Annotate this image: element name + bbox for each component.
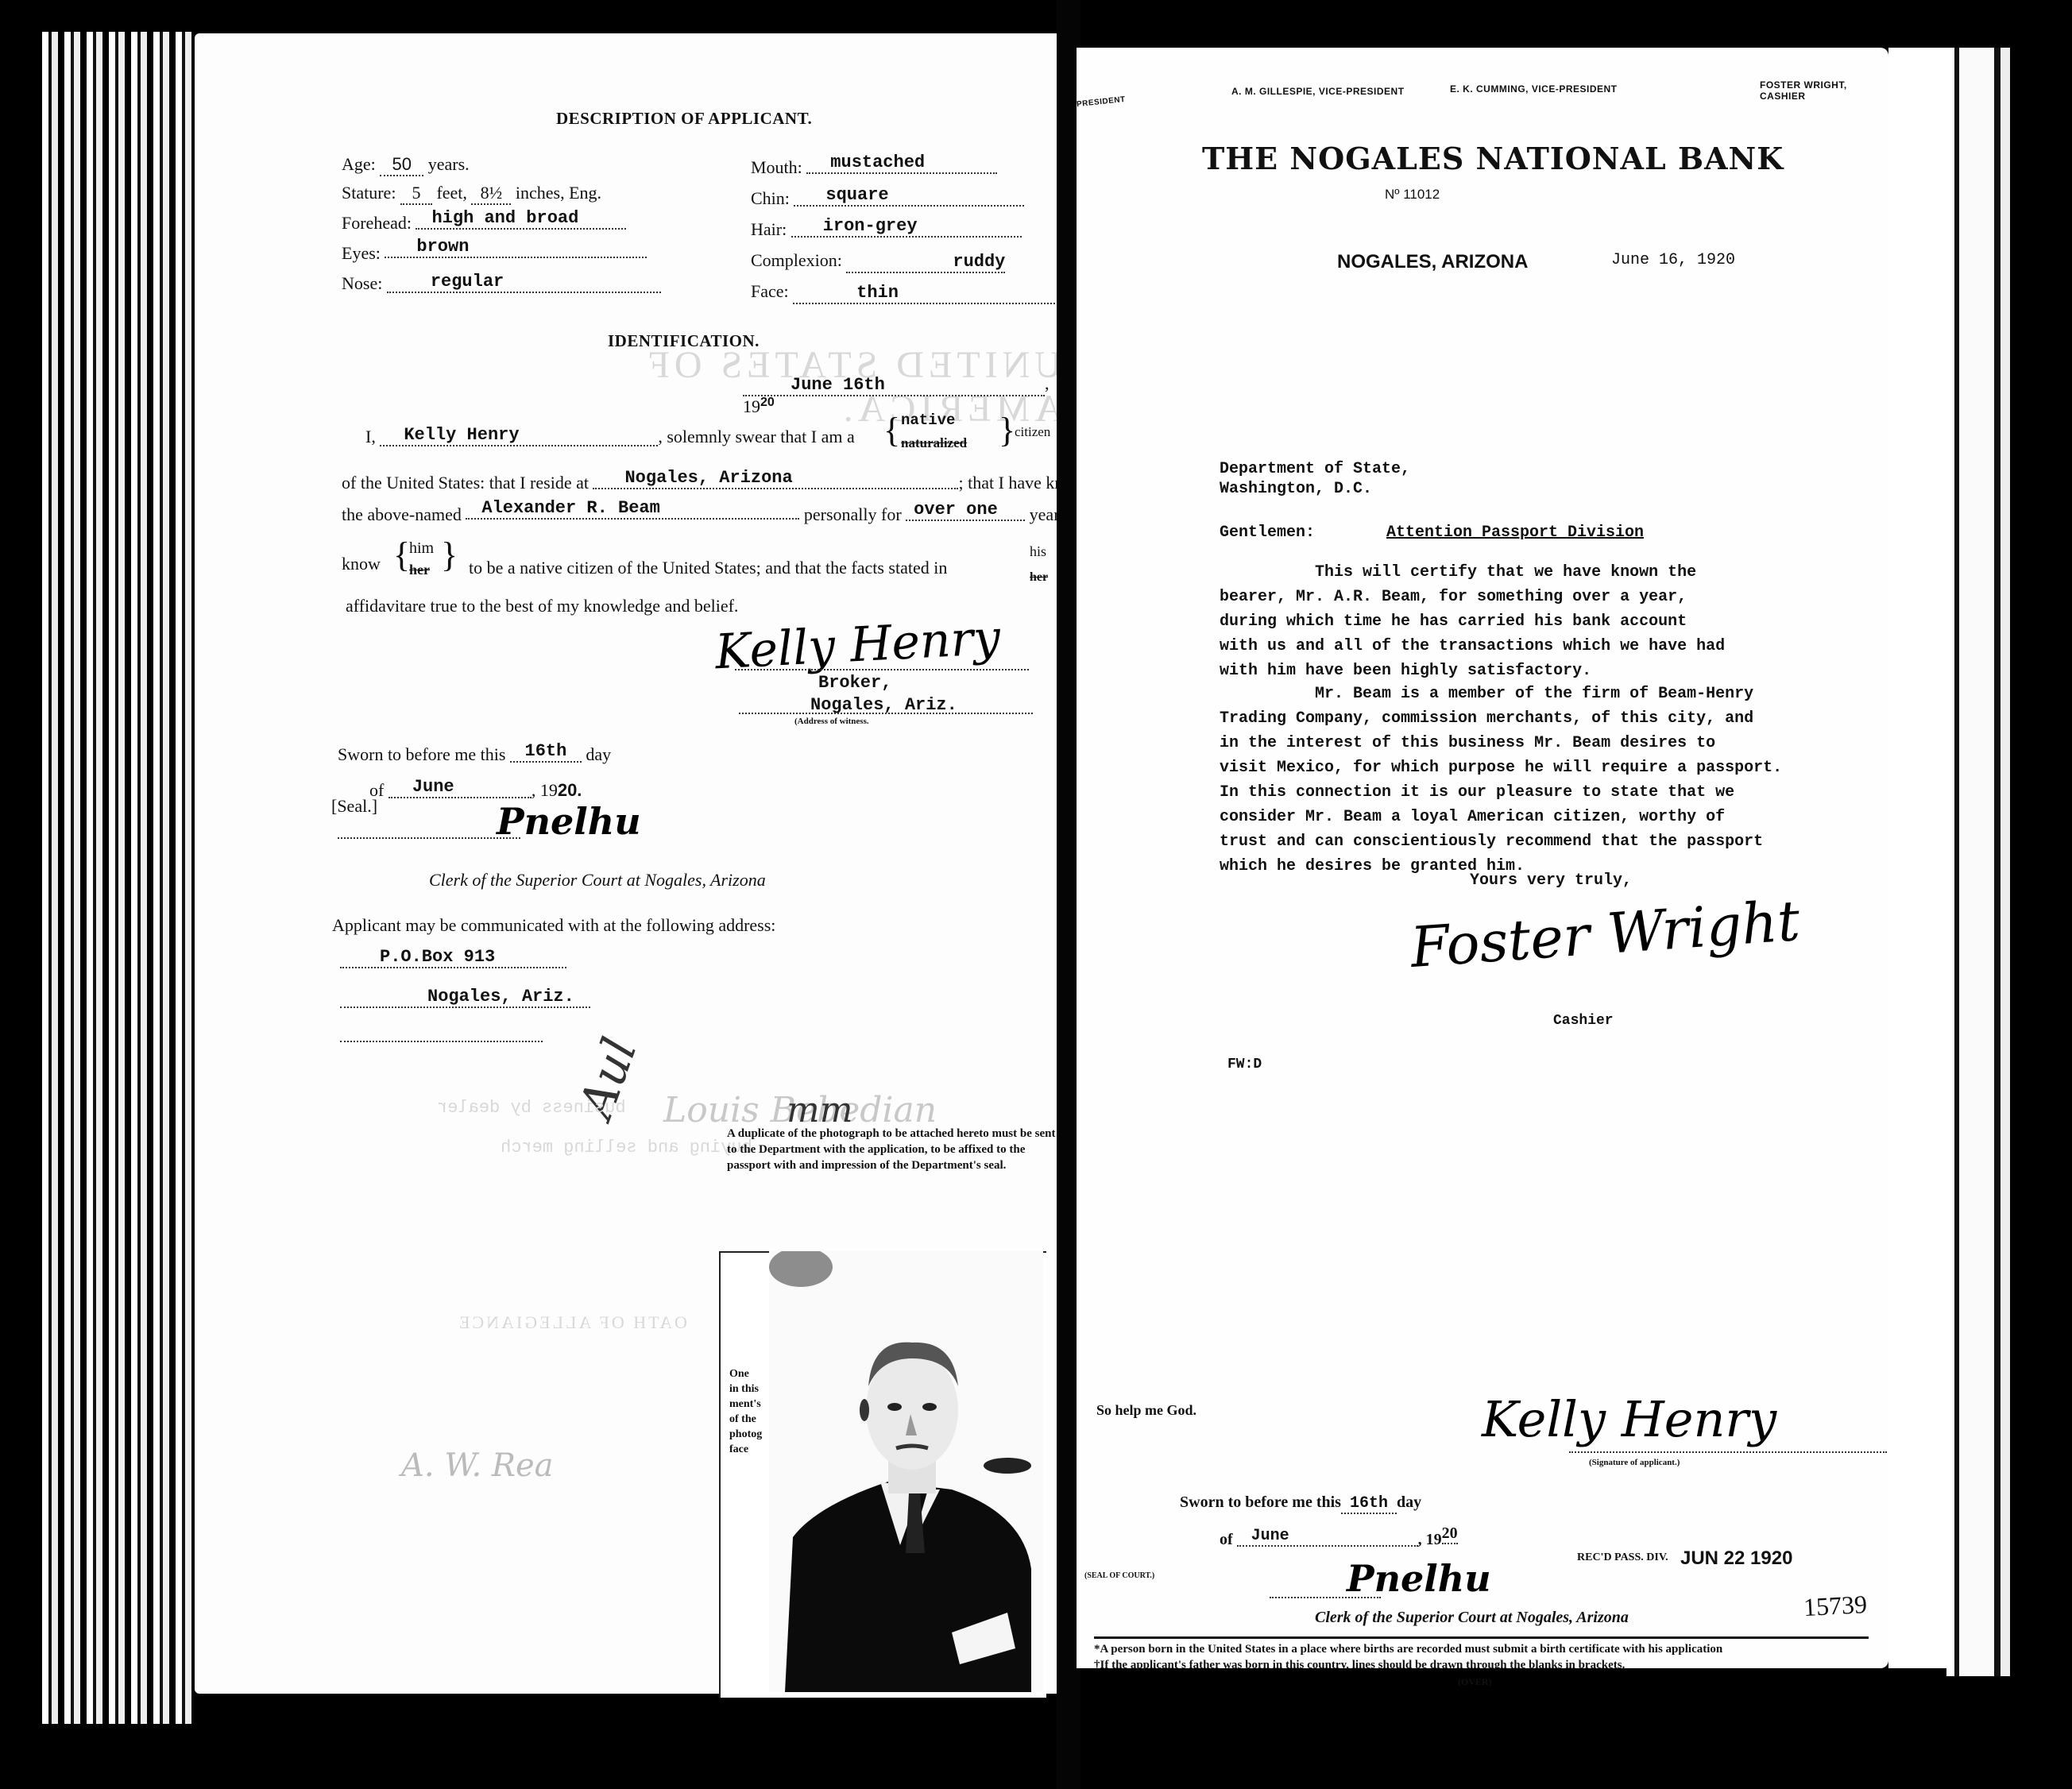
paragraph-line: Mr. Beam is a member of the firm of Beam… [1220,682,1782,706]
sworn-day-field[interactable]: 16th [510,741,582,763]
applicant-signature: Kelly Henry [1482,1390,1776,1448]
him-option[interactable]: him [409,539,434,558]
book-edge-right [1946,48,2026,1676]
age-suffix: years. [428,154,470,174]
nose-label: Nose: [342,273,382,293]
photo-side-line: face [729,1442,762,1457]
stature-inches-field[interactable]: 8½ [471,183,511,205]
witness-address-line [739,713,1033,714]
know-text: know [342,554,381,574]
sworn-text-right: Sworn to before me this [1180,1493,1341,1511]
sworn-row-left: Sworn to before me this 16th day [338,744,611,767]
paragraph-line: bearer, Mr. A.R. Beam, for something ove… [1220,585,1725,609]
address-line-2[interactable]: Nogales, Ariz. [340,987,590,1008]
forehead-label: Forehead: [342,213,412,233]
address-intro: Applicant may be communicated with at th… [332,915,775,936]
witness-signature-line [735,669,1029,670]
charter-number: Nº 11012 [1385,187,1440,203]
her-option-2[interactable]: her [1030,570,1048,585]
paragraph-line: in the interest of this business Mr. Bea… [1220,731,1782,755]
paragraph-line: Trading Company, commission merchants, o… [1220,706,1782,731]
paragraph-line: with us and all of the transactions whic… [1220,634,1725,659]
his-option[interactable]: his [1030,543,1046,560]
clerk-signature-left: Pnelhu [497,800,641,843]
eyes-row: Eyes: brown [342,243,647,266]
face-label: Face: [751,281,789,301]
face-field[interactable]: thin [793,283,1055,304]
sworn-month-field-right[interactable]: June [1237,1527,1418,1547]
received-stamp-date: JUN 22 1920 [1680,1548,1792,1570]
nose-field[interactable]: regular [387,272,661,293]
sworn-month-field[interactable]: June [388,777,532,798]
attention-line: Attention Passport Division [1386,520,1644,545]
ghost-typed-business: business by dealer [437,1098,626,1118]
recipient-line-2: Washington, D.C. [1220,477,1372,501]
footnote-1: *A person born in the United States in a… [1094,1643,1722,1656]
ghost-mirror-oath: OATH OF ALLEGIANCE [457,1312,687,1333]
letter-closing: Yours very truly, [1470,868,1632,893]
age-field[interactable]: 50 [380,154,423,176]
native-option[interactable]: native [901,412,955,429]
sworn-text: Sworn to before me this [338,744,505,764]
footnote-divider [1094,1636,1869,1639]
forehead-row: Forehead: high and broad [342,213,626,236]
citizen-label: citizen [1015,424,1050,440]
sworn-year-prefix: 19 [540,780,558,800]
sworn-day-label-right: day [1397,1493,1421,1511]
identification-date-field[interactable]: June 16th [743,375,1045,396]
reside-field[interactable]: Nogales, Arizona [593,468,958,489]
sworn-month-row-right: of June, 1920 [1220,1531,1458,1551]
hair-label: Hair: [751,219,787,239]
complexion-row: Complexion: ruddy [751,250,1005,273]
identification-year-prefix: 19 [743,396,760,416]
complexion-field[interactable]: ruddy [846,252,1005,273]
witness-occupation: Broker, [818,673,891,693]
stature-inches-label: inches, Eng. [516,183,601,203]
applicant-signature-caption: (Signature of applicant.) [1589,1458,1680,1467]
description-heading: DESCRIPTION OF APPLICANT. [556,109,812,129]
identification-heading: IDENTIFICATION. [608,331,760,351]
letter-date: June 16, 1920 [1611,251,1735,269]
ghost-typed-buying: buying and selling merch [501,1138,752,1157]
sworn-year-field[interactable]: 20. [558,780,582,800]
paragraph-line: In this connection it is our pleasure to… [1220,780,1782,805]
mouth-row: Mouth: mustached [751,157,997,180]
years-known-field[interactable]: over one [906,500,1025,521]
age-row: Age: 50 years. [342,154,470,176]
paragraph-line: consider Mr. Beam a loyal American citiz… [1220,805,1782,829]
letter-paragraph-1: This will certify that we have known the… [1220,560,1725,683]
of-label-right: of [1220,1531,1233,1548]
photo-side-line: photog [729,1427,762,1442]
chin-field[interactable]: square [794,185,1024,207]
photo-side-text: One in this ment's of the photog face [729,1366,762,1457]
ghost-scribble-3: mm [787,1090,852,1130]
applicant-name-field[interactable]: Alexander R. Beam [466,498,799,520]
her-option[interactable]: her [409,562,430,578]
stature-feet-field[interactable]: 5 [400,183,432,205]
chin-row: Chin: square [751,188,1024,211]
nose-row: Nose: regular [342,273,661,296]
book-edge-left [36,32,195,1724]
sworn-year-field-right[interactable]: 20 [1442,1524,1458,1544]
file-number: 15739 [1803,1590,1868,1622]
applicant-portrait-icon [769,1251,1043,1692]
cashier-signature: Foster Wright [1409,888,1802,980]
stature-feet-label: feet, [436,183,466,203]
photo-note: A duplicate of the photograph to be atta… [727,1126,1061,1173]
stature-label: Stature: [342,183,396,203]
eyes-label: Eyes: [342,243,381,263]
oath-line-4: know [342,554,381,574]
i-label: I, [365,427,376,446]
complexion-label: Complexion: [751,250,842,270]
applicant-photo [769,1251,1043,1692]
paragraph-line: visit Mexico, for which purpose he will … [1220,755,1782,780]
bank-name: THE NOGALES NATIONAL BANK [1202,141,1784,176]
address-line-1[interactable]: P.O.Box 913 [340,947,566,968]
eyes-field[interactable]: brown [385,237,647,258]
received-stamp-label: REC'D PASS. DIV. [1577,1551,1668,1564]
swear-text: , solemnly swear that I am a [658,427,854,446]
page-edge-right-strip [1888,48,1946,1668]
typist-initials: FW:D [1227,1053,1262,1077]
sworn-year-prefix-right: 19 [1426,1531,1442,1548]
footnote-2: †If the applicant's father was born in t… [1094,1659,1625,1672]
oath-line-1: I, Kelly Henry, solemnly swear that I am… [342,427,855,450]
above-named-text: the above-named [342,504,462,524]
chin-label: Chin: [751,188,790,208]
address-line-3[interactable] [340,1041,543,1042]
photo-side-line: in this [729,1381,762,1397]
seal-label-left: [Seal.] [331,796,377,817]
salutation: Gentlemen: [1220,520,1315,545]
letterhead-vp2: E. K. CUMMING, VICE-PRESIDENT [1450,83,1618,95]
seal-of-court-label: (SEAL OF COURT.) [1084,1571,1154,1580]
hair-field[interactable]: iron-grey [791,216,1022,238]
clerk-signature-right: Pnelhu [1347,1557,1491,1600]
letterhead-cashier: FOSTER WRIGHT, CASHIER [1760,79,1888,102]
mouth-label: Mouth: [751,157,802,177]
right-page: PRESIDENT A. M. GILLESPIE, VICE-PRESIDEN… [1077,48,1888,1668]
paragraph-line: during which time he has carried his ban… [1220,609,1725,634]
stature-row: Stature: 5 feet, 8½ inches, Eng. [342,183,601,205]
paragraph-line: with him have been highly satisfactory. [1220,659,1725,683]
sworn-row-right: Sworn to before me this16thday [1180,1493,1421,1514]
age-label: Age: [342,154,376,174]
oath-line-3: the above-named Alexander R. Beam person… [342,504,1096,527]
forehead-field[interactable]: high and broad [416,208,626,230]
over-marker: (OVER) [1458,1676,1492,1688]
sworn-day-field-right[interactable]: 16th [1341,1494,1397,1514]
mouth-field[interactable]: mustached [806,153,997,174]
ghost-signature-bottom: A. W. Rea [401,1447,554,1484]
reside-text: of the United States: that I reside at [342,473,589,493]
personally-text: personally for [804,504,902,524]
applicant-signature-line [1569,1451,1887,1453]
letter-paragraph-2: Mr. Beam is a member of the firm of Beam… [1220,682,1782,879]
native-citizen-text: to be a native citizen of the United Sta… [469,558,947,578]
photo-side-line: of the [729,1412,762,1427]
clerk-signature-line-left [338,837,520,839]
oath-line-2: of the United States: that I reside at N… [342,473,1093,496]
face-row: Face: thin [751,281,1055,304]
identification-year-field[interactable]: 20 [760,396,775,409]
signer-title: Cashier [1553,1009,1614,1034]
hair-row: Hair: iron-grey [751,219,1022,242]
bank-location: NOGALES, ARIZONA [1337,251,1528,273]
clerk-title-right: Clerk of the Superior Court at Nogales, … [1315,1609,1629,1627]
paragraph-line: trust and can conscientiously recommend … [1220,829,1782,854]
witness-name-field[interactable]: Kelly Henry [380,425,658,446]
clerk-title-left: Clerk of the Superior Court at Nogales, … [429,870,766,891]
clerk-signature-line-right [1270,1597,1381,1598]
so-help-me-god: So help me God. [1096,1402,1196,1419]
letterhead-vp1: A. M. GILLESPIE, VICE-PRESIDENT [1231,86,1405,97]
address-of-witness-caption: (Address of witness. [794,717,869,726]
naturalized-option[interactable]: naturalized [901,435,967,451]
photo-side-line: One [729,1366,762,1381]
photo-side-line: ment's [729,1397,762,1412]
letterhead-president: PRESIDENT [1077,95,1127,109]
affidavit-text: affidavitare true to the best of my know… [346,596,738,616]
paragraph-line: This will certify that we have known the [1220,560,1725,585]
sworn-day-label: day [586,744,611,764]
